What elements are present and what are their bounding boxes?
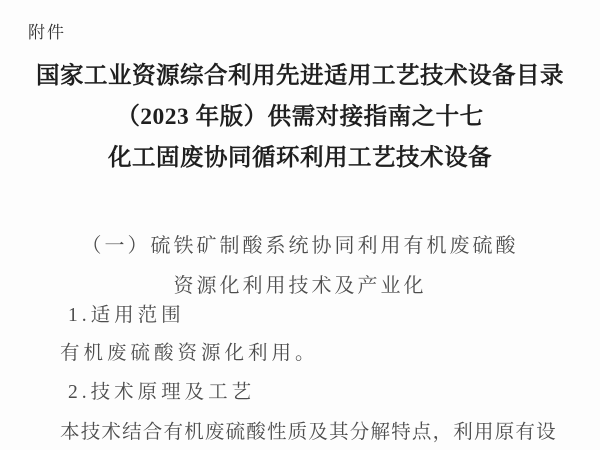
document-title-line-1: 国家工业资源综合利用先进适用工艺技术设备目录 (0, 56, 600, 97)
item-2-paragraph: 本技术结合有机废硫酸性质及其分解特点，利用原有设 (60, 421, 557, 445)
document-title: 国家工业资源综合利用先进适用工艺技术设备目录 （2023 年版）供需对接指南之十… (0, 56, 600, 179)
item-1-paragraph: 有机废硫酸资源化利用。 (60, 342, 319, 366)
document-page: 附件 国家工业资源综合利用先进适用工艺技术设备目录 （2023 年版）供需对接指… (0, 0, 600, 450)
section-heading: （一）硫铁矿制酸系统协同利用有机废硫酸 资源化利用技术及产业化 (0, 226, 600, 306)
section-heading-line-2: 资源化利用技术及产业化 (0, 266, 600, 306)
numbered-item-1-heading: 1.适用范围 (68, 304, 185, 328)
attachment-label: 附件 (28, 18, 66, 43)
document-title-line-3: 化工固废协同循环利用工艺技术设备 (0, 138, 600, 179)
section-heading-line-1: （一）硫铁矿制酸系统协同利用有机废硫酸 (0, 226, 600, 266)
numbered-item-2-heading: 2.技术原理及工艺 (68, 381, 255, 405)
document-title-line-2: （2023 年版）供需对接指南之十七 (0, 97, 600, 138)
